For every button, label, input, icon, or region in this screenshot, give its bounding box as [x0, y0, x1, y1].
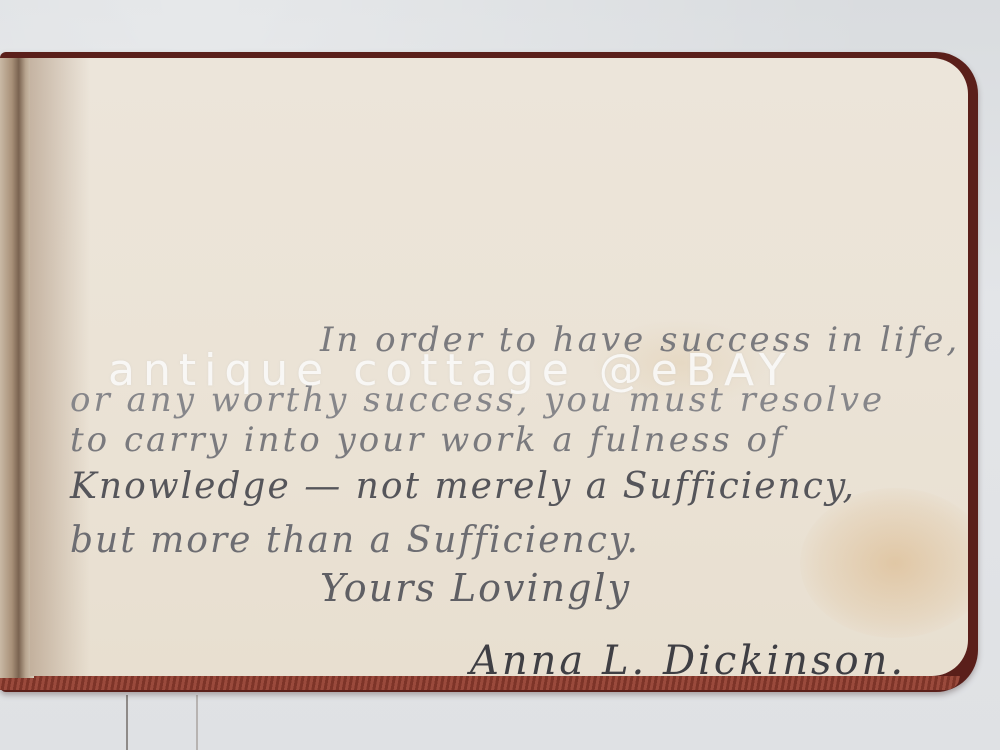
inscription-line: to carry into your work a fulness of — [70, 420, 786, 460]
album-cover-edge — [0, 676, 960, 690]
album-gutter — [0, 58, 34, 678]
watermark: antique cottage @eBAY — [108, 345, 794, 396]
foxing-stain — [800, 488, 968, 638]
table-crease — [126, 695, 128, 750]
signature: Anna L. Dickinson. — [470, 638, 906, 676]
table-crease — [196, 695, 198, 750]
page-shadow — [30, 58, 90, 676]
inscription-line: but more than a Sufficiency. — [70, 520, 640, 561]
inscription-line: Knowledge — not merely a Sufficiency, — [70, 466, 856, 507]
closing: Yours Lovingly — [320, 566, 631, 610]
